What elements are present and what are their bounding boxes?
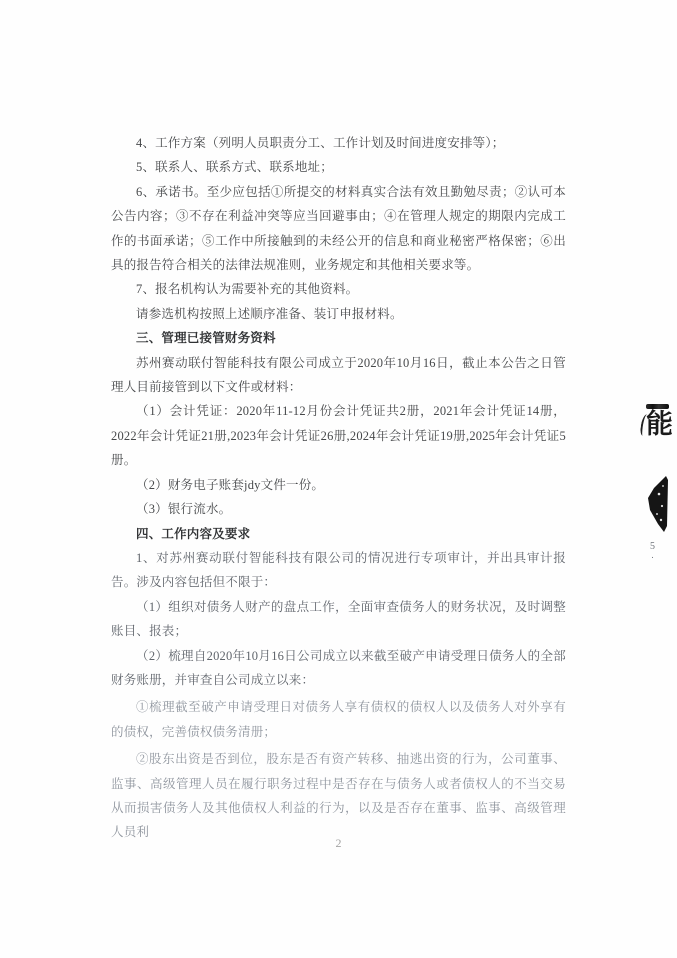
subitem-2-shareholder-contribution: ②股东出资是否到位，股东是否有资产转移、抽逃出资的行为，公司董事、监事、高级管理… [111,747,566,845]
item-3-bank-statements: （3）银行流水。 [111,497,566,521]
paragraph-special-audit: 1、对苏州赛动联付智能科技有限公司的情况进行专项审计，并出具审计报告。涉及内容包… [111,546,566,595]
section-heading-3-financial-materials: 三、管理已接管财务资料 [111,326,566,350]
item-2-electronic-ledger: （2）财务电子账套jdy文件一份。 [111,473,566,497]
list-item-4: 4、工作方案（列明人员职责分工、工作计划及时间进度安排等）； [111,131,566,155]
edge-small-mark-dot: . [650,552,655,558]
section-heading-4-work-content: 四、工作内容及要求 [111,522,566,546]
edge-seal-character: 能 [646,409,673,439]
list-item-6-commitment-letter: 6、承诺书。至少应包括①所提交的材料真实合法有效且勤勉尽责；②认可本公告内容；③… [111,180,566,278]
document-body: 4、工作方案（列明人员职责分工、工作计划及时间进度安排等）； 5、联系人、联系方… [111,131,566,845]
item-1-inventory-work: （1）组织对债务人财产的盘点工作，全面审查债务人的财务状况，及时调整账目、报表； [111,595,566,644]
edge-ink-blob [646,476,668,537]
list-item-7: 7、报名机构认为需要补充的其他资料。 [111,277,566,301]
list-item-5: 5、联系人、联系方式、联系地址； [111,155,566,179]
ink-blob-shape [646,476,668,532]
scanned-document-page: 4、工作方案（列明人员职责分工、工作计划及时间进度安排等）； 5、联系人、联系方… [0,0,677,958]
subitem-1-creditor-claims: ①梳理截至破产申请受理日对债务人享有债权的债权人以及债务人对外享有的债权，完善债… [111,695,566,744]
paragraph-company-founded: 苏州赛动联付智能科技有限公司成立于2020年10月16日，截止本公告之日管理人目… [111,351,566,400]
note-binding-order: 请参选机构按照上述顺序准备、装订申报材料。 [111,302,566,326]
item-2-sort-financial-books: （2）梳理自2020年10月16日公司成立以来截至破产申请受理日债务人的全部财务… [111,644,566,693]
edge-small-mark: 5 . [650,542,655,558]
page-number: 2 [0,836,677,851]
item-1-accounting-vouchers: （1）会计凭证：2020年11-12月份会计凭证共2册，2021年会计凭证14册… [111,399,566,472]
